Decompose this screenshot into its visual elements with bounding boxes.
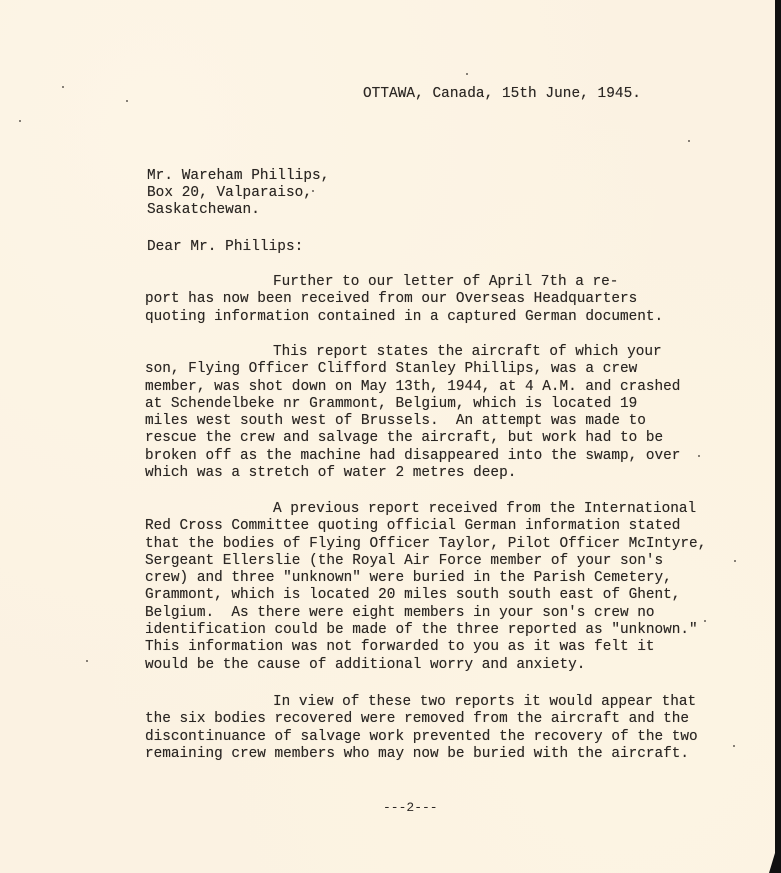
paper-speck [86, 660, 88, 662]
paragraph-2: This report states the aircraft of which… [145, 344, 705, 482]
paragraph-line: the six bodies recovered were removed fr… [145, 711, 705, 728]
paragraph-line: broken off as the machine had disappeare… [145, 448, 705, 465]
letter-page: OTTAWA, Canada, 15th June, 1945. Mr. War… [0, 0, 775, 873]
paragraph-line: which was a stretch of water 2 metres de… [145, 465, 705, 482]
paragraph-line: Grammont, which is located 20 miles sout… [145, 587, 705, 604]
paragraph-line: would be the cause of additional worry a… [145, 657, 705, 674]
scan-edge-shadow [775, 0, 781, 873]
paragraph-line: Belgium. As there were eight members in … [145, 605, 705, 622]
paragraph-line: port has now been received from our Over… [145, 291, 705, 308]
address-line-name: Mr. Wareham Phillips, [147, 168, 329, 185]
paragraph-line: rescue the crew and salvage the aircraft… [145, 430, 705, 447]
paragraph-line: This information was not forwarded to yo… [145, 639, 705, 656]
paragraph-line: at Schendelbeke nr Grammont, Belgium, wh… [145, 396, 705, 413]
paragraph-line: Red Cross Committee quoting official Ger… [145, 518, 705, 535]
paper-speck [733, 745, 735, 747]
paper-speck [19, 120, 21, 122]
paragraph-line: that the bodies of Flying Officer Taylor… [145, 536, 705, 553]
paragraph-line: remaining crew members who may now be bu… [145, 746, 705, 763]
paper-speck [62, 86, 64, 88]
paragraph-line: discontinuance of salvage work prevented… [145, 729, 705, 746]
letter-dateline: OTTAWA, Canada, 15th June, 1945. [363, 86, 641, 103]
paper-speck [126, 100, 128, 102]
paragraph-line: identification could be made of the thre… [145, 622, 705, 639]
paragraph-line: miles west south west of Brussels. An at… [145, 413, 705, 430]
paper-speck [734, 560, 736, 562]
paragraph-line: In view of these two reports it would ap… [145, 694, 705, 711]
paragraph-line: crew) and three "unknown" were buried in… [145, 570, 705, 587]
paragraph-line: son, Flying Officer Clifford Stanley Phi… [145, 361, 705, 378]
address-line-province: Saskatchewan. [147, 202, 260, 219]
address-line-box: Box 20, Valparaiso, [147, 185, 312, 202]
paragraph-line: Sergeant Ellerslie (the Royal Air Force … [145, 553, 705, 570]
paragraph-line: member, was shot down on May 13th, 1944,… [145, 379, 705, 396]
paragraph-4: In view of these two reports it would ap… [145, 694, 705, 763]
paragraph-line: This report states the aircraft of which… [145, 344, 705, 361]
paragraph-line: quoting information contained in a captu… [145, 309, 705, 326]
paragraph-line: Further to our letter of April 7th a re- [145, 274, 705, 291]
paper-speck [312, 190, 314, 192]
paper-speck [466, 73, 468, 75]
paper-speck [688, 140, 690, 142]
salutation: Dear Mr. Phillips: [147, 239, 303, 256]
paragraph-1: Further to our letter of April 7th a re-… [145, 274, 705, 326]
paragraph-line: A previous report received from the Inte… [145, 501, 705, 518]
page-number-marker: ---2--- [383, 800, 438, 816]
paragraph-3: A previous report received from the Inte… [145, 501, 705, 674]
